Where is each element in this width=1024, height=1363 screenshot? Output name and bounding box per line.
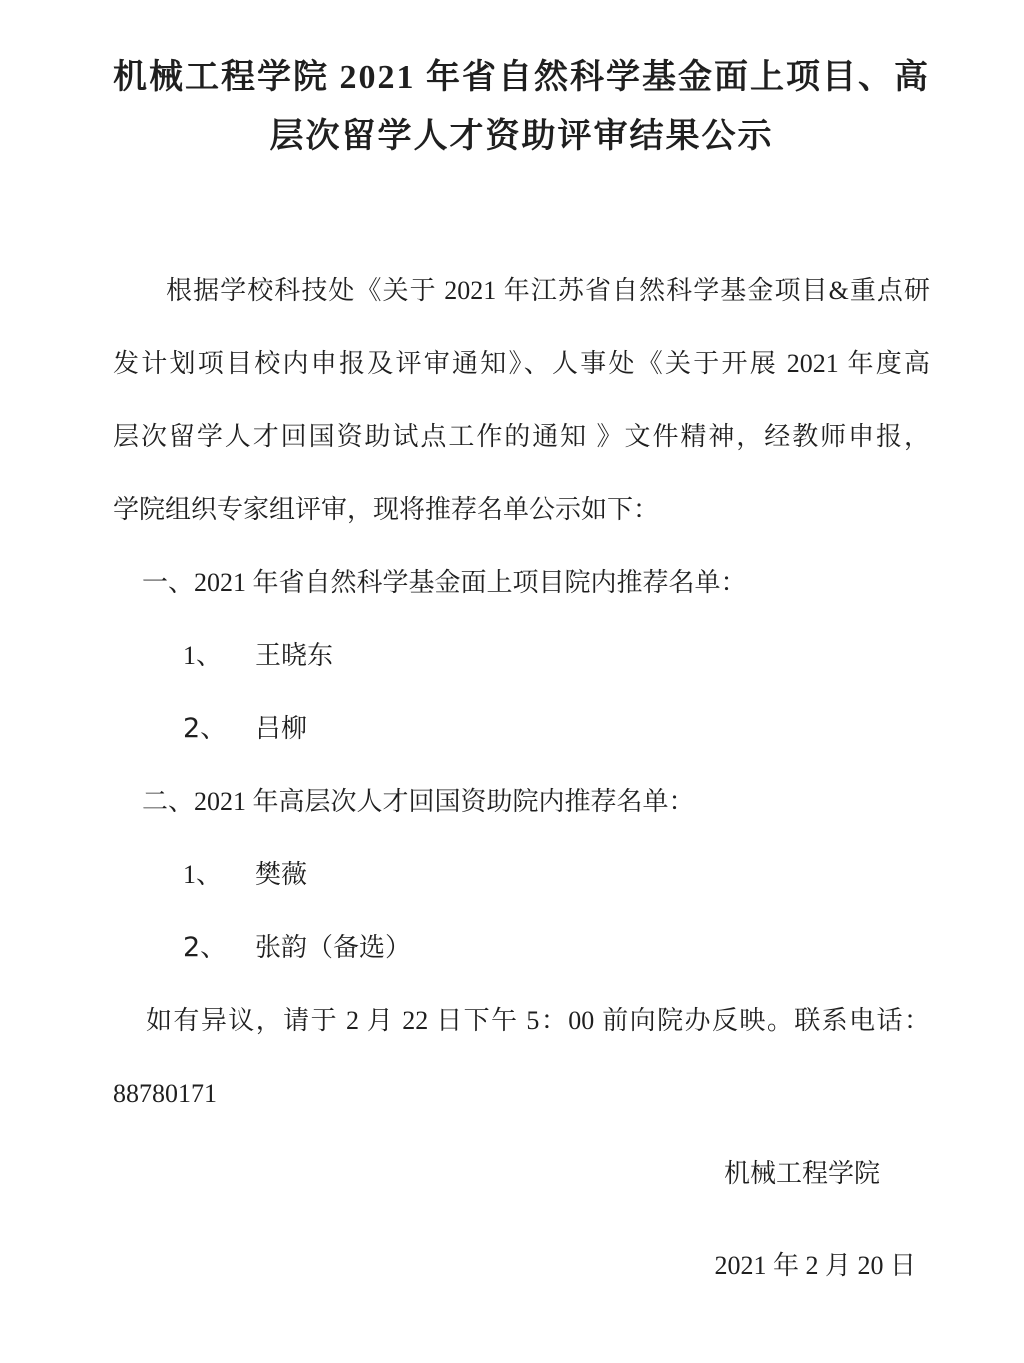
list-item-number: 1、 — [183, 838, 255, 911]
intro-line-3: 层次留学人才回国资助试点工作的通知 》文件精神，经教师申报， — [113, 400, 930, 473]
list-item-name: 樊薇 — [255, 860, 307, 889]
list-item-name: 王晓东 — [255, 641, 333, 670]
list-item: 1、樊薇 — [113, 838, 930, 911]
list-item-number: 1、 — [183, 619, 255, 692]
section-returnee-talent: 二、2021 年高层次人才回国资助院内推荐名单： 1、樊薇 2、张韵（备选） — [113, 765, 930, 984]
list-item: 2、张韵（备选） — [113, 911, 930, 984]
intro-paragraph: 根据学校科技处《关于 2021 年江苏省自然科学基金项目&重点研 发计划项目校内… — [113, 254, 930, 546]
document-title-line-1: 机械工程学院 2021 年省自然科学基金面上项目、高 — [113, 48, 930, 107]
section-heading: 一、2021 年省自然科学基金面上项目院内推荐名单： — [113, 546, 930, 619]
date: 2021 年 2 月 20 日 — [113, 1229, 930, 1302]
contact-phone: 88780171 — [113, 1057, 930, 1130]
list-item-name: 张韵（备选） — [255, 933, 411, 962]
list-item: 1、王晓东 — [113, 619, 930, 692]
list-item-number: 2、 — [183, 911, 255, 984]
intro-line-1: 根据学校科技处《关于 2021 年江苏省自然科学基金项目&重点研 — [113, 254, 930, 327]
document-title-line-2: 层次留学人才资助评审结果公示 — [113, 107, 930, 166]
list-item-number: 2、 — [183, 692, 255, 765]
list-item: 2、吕柳 — [113, 692, 930, 765]
section-fund-projects: 一、2021 年省自然科学基金面上项目院内推荐名单： 1、王晓东 2、吕柳 — [113, 546, 930, 765]
intro-line-4: 学院组织专家组评审，现将推荐名单公示如下： — [113, 473, 930, 546]
list-item-name: 吕柳 — [255, 714, 307, 743]
closing-paragraph: 如有异议，请于 2 月 22 日下午 5：00 前向院办反映。联系电话： 887… — [113, 984, 930, 1130]
document-page: 机械工程学院 2021 年省自然科学基金面上项目、高 层次留学人才资助评审结果公… — [0, 0, 1024, 1363]
document-title: 机械工程学院 2021 年省自然科学基金面上项目、高 层次留学人才资助评审结果公… — [113, 48, 930, 166]
section-heading: 二、2021 年高层次人才回国资助院内推荐名单： — [113, 765, 930, 838]
signature: 机械工程学院 — [113, 1137, 930, 1210]
document-content: 机械工程学院 2021 年省自然科学基金面上项目、高 层次留学人才资助评审结果公… — [0, 48, 1024, 1302]
closing-line-1: 如有异议，请于 2 月 22 日下午 5：00 前向院办反映。联系电话： — [113, 984, 930, 1057]
intro-line-2: 发计划项目校内申报及评审通知》、人事处《关于开展 2021 年度高 — [113, 327, 930, 400]
